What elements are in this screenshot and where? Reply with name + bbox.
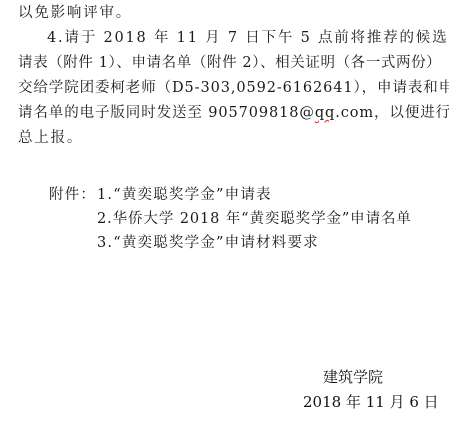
body-line-3: 请表（附件 1）、申请名单（附件 2）、相关证明（各一式两份） [18,55,441,71]
email-prefix: 请名单的电子版同时发送至 905709818@ [18,105,315,121]
body-line-email: 请名单的电子版同时发送至 905709818@qq.com，以便进行汇 [18,105,449,121]
signature-organization: 建筑学院 [323,368,383,386]
body-line-1: 以免影响评审。 [18,5,132,21]
body-line-5: 总上报。 [18,130,83,146]
email-suffix: .com，以便进行汇 [335,105,449,121]
body-line-2: 4.请于 2018 年 11 月 7 日下午 5 点前将推荐的候选人申 [47,30,449,46]
attachment-item-2: 2.华侨大学 2018 年“黄奕聪奖学金”申请名单 [97,211,412,227]
attachment-item-3: 3.“黄奕聪奖学金”申请材料要求 [97,235,319,251]
signature-date: 2018 年 11 月 6 日 [303,393,439,411]
spellcheck-flagged-word[interactable]: qq [315,105,335,121]
attachments-label: 附件： [49,187,96,203]
body-line-4: 交给学院团委柯老师（D5-303,0592-6162641），申请表和申 [18,80,449,96]
attachment-item-1: 1.“黄奕聪奖学金”申请表 [97,187,272,203]
